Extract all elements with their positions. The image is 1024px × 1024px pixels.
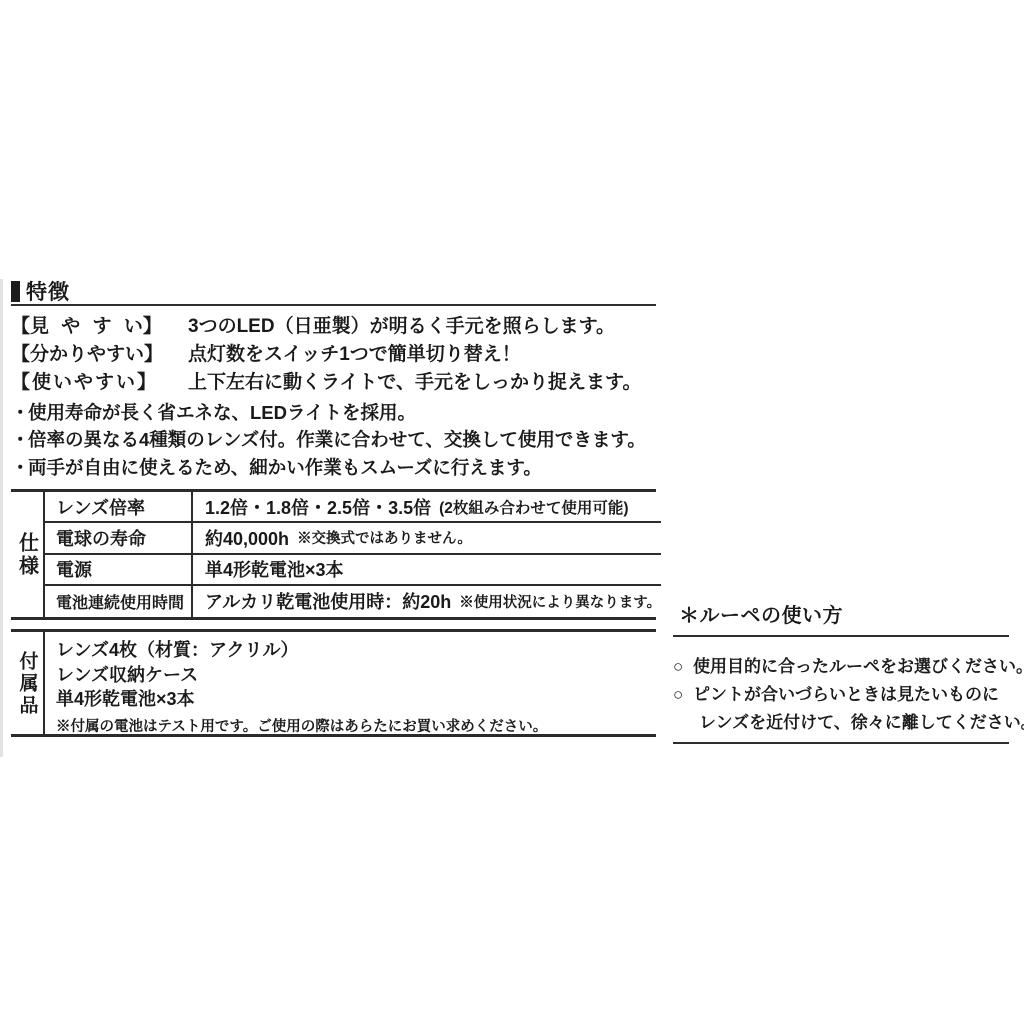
bullet-marker: ・: [11, 454, 28, 480]
spec-value-text: 1.2倍・1.8倍・2.5倍・3.5倍: [205, 494, 431, 520]
spec-value-note: ※交換式ではありません。: [297, 527, 472, 548]
spec-value-text: 単4形乾電池×3本: [205, 556, 344, 582]
spec-row-value: 単4形乾電池×3本: [193, 555, 661, 586]
spec-value-note: (2枚組み合わせて使用可能): [439, 496, 628, 518]
header-rule: [11, 304, 656, 306]
usage-bullet: ○ 使用目的に合ったルーペをお選びください。: [673, 653, 1009, 681]
circle-bullet-icon: ○: [673, 653, 693, 681]
usage-panel: ＊ルーペの使い方 ○ 使用目的に合ったルーペをお選びください。 ○ ピントが合い…: [673, 599, 1009, 744]
feature-item: 【見 や す い】 3つのLED（日亜製）が明るく手元を照らします。: [11, 310, 671, 338]
bullet-item: ・ 使用寿命が長く省エネな、LEDライトを採用。: [11, 398, 681, 426]
spec-value-text: 約40,000h: [205, 525, 289, 551]
spec-sheet: 特徴 【見 や す い】 3つのLED（日亜製）が明るく手元を照らします。 【分…: [0, 0, 1024, 1024]
spec-row-value: アルカリ乾電池使用時：約20h ※使用状況により異なります。: [193, 586, 661, 617]
feature-desc: 点灯数をスイッチ1つで簡単切り替え！: [188, 339, 521, 366]
bullet-item: ・ 倍率の異なる4種類のレンズ付。作業に合わせて、交換して使用できます。: [11, 426, 681, 454]
feature-desc: 上下左右に動くライトで、手元をしっかり捉えます。: [188, 367, 642, 394]
accessory-item: レンズ4枚（材質：アクリル）: [56, 638, 656, 663]
circle-bullet-icon: ○: [673, 681, 693, 709]
usage-bullet: ○ ピントが合いづらいときは見たいものに: [673, 681, 1009, 709]
usage-text: 使用目的に合ったルーペをお選びください。: [693, 653, 1024, 681]
page-edge-line: [0, 279, 3, 757]
feature-item: 【分かりやすい】 点灯数をスイッチ1つで簡単切り替え！: [11, 338, 671, 366]
bullet-text: 両手が自由に使えるため、細かい作業もスムーズに行えます。: [28, 454, 542, 480]
bullet-item: ・ 両手が自由に使えるため、細かい作業もスムーズに行えます。: [11, 453, 681, 481]
spec-row-value: 1.2倍・1.8倍・2.5倍・3.5倍 (2枚組み合わせて使用可能): [193, 492, 661, 523]
feature-list: 【見 や す い】 3つのLED（日亜製）が明るく手元を照らします。 【分かりや…: [11, 310, 671, 394]
accessories-header: 付属品: [11, 632, 45, 736]
usage-bottom-rule: [673, 742, 1009, 744]
bullet-marker: ・: [11, 426, 28, 452]
spec-table-header: 仕様: [11, 492, 45, 617]
usage-title: ＊ルーペの使い方: [673, 599, 1009, 628]
feature-desc: 3つのLED（日亜製）が明るく手元を照らします。: [188, 311, 615, 338]
bullet-list: ・ 使用寿命が長く省エネな、LEDライトを採用。 ・ 倍率の異なる4種類のレンズ…: [11, 398, 681, 481]
usage-text: レンズを近付けて、徐々に離してください。: [699, 709, 1024, 737]
spec-row-label: 電球の寿命: [45, 523, 193, 554]
spec-value-note: ※使用状況により異なります。: [459, 591, 661, 612]
spec-table: 仕様 レンズ倍率 1.2倍・1.8倍・2.5倍・3.5倍 (2枚組み合わせて使用…: [11, 489, 656, 620]
feature-label: 【分かりやすい】: [11, 339, 188, 366]
bullet-marker: ・: [11, 399, 28, 425]
spec-value-text: アルカリ乾電池使用時：約20h: [205, 588, 451, 614]
bullet-text: 倍率の異なる4種類のレンズ付。作業に合わせて、交換して使用できます。: [28, 426, 646, 452]
feature-item: 【使いやすい】 上下左右に動くライトで、手元をしっかり捉えます。: [11, 366, 671, 394]
spec-row-label: 電源: [45, 555, 193, 586]
features-title: 特徴: [26, 276, 70, 306]
bullet-text: 使用寿命が長く省エネな、LEDライトを採用。: [28, 399, 416, 425]
header-bar-icon: [11, 281, 20, 302]
usage-top-rule: [673, 635, 1009, 637]
usage-bullet: レンズを近付けて、徐々に離してください。: [673, 709, 1009, 737]
feature-label: 【使いやすい】: [11, 367, 188, 394]
accessories-content: レンズ4枚（材質：アクリル） レンズ収納ケース 単4形乾電池×3本 ※付属の電池…: [45, 632, 656, 736]
feature-label: 【見 や す い】: [11, 311, 188, 338]
accessory-item: 単4形乾電池×3本: [56, 687, 656, 712]
spec-row-label: 電池連続使用時間: [45, 586, 193, 617]
spec-row-label: レンズ倍率: [45, 492, 193, 523]
usage-text: ピントが合いづらいときは見たいものに: [693, 681, 999, 709]
accessory-item: レンズ収納ケース: [56, 663, 656, 688]
features-section-header: 特徴: [11, 279, 70, 303]
usage-bullet-list: ○ 使用目的に合ったルーペをお選びください。 ○ ピントが合いづらいときは見たい…: [673, 653, 1009, 737]
usage-bullet-indent: [673, 709, 699, 737]
accessories-table: 付属品 レンズ4枚（材質：アクリル） レンズ収納ケース 単4形乾電池×3本 ※付…: [11, 629, 656, 737]
spec-row-value: 約40,000h ※交換式ではありません。: [193, 523, 661, 554]
accessories-note: ※付属の電池はテスト用です。ご使用の際はあらたにお買い求めください。: [56, 715, 656, 736]
